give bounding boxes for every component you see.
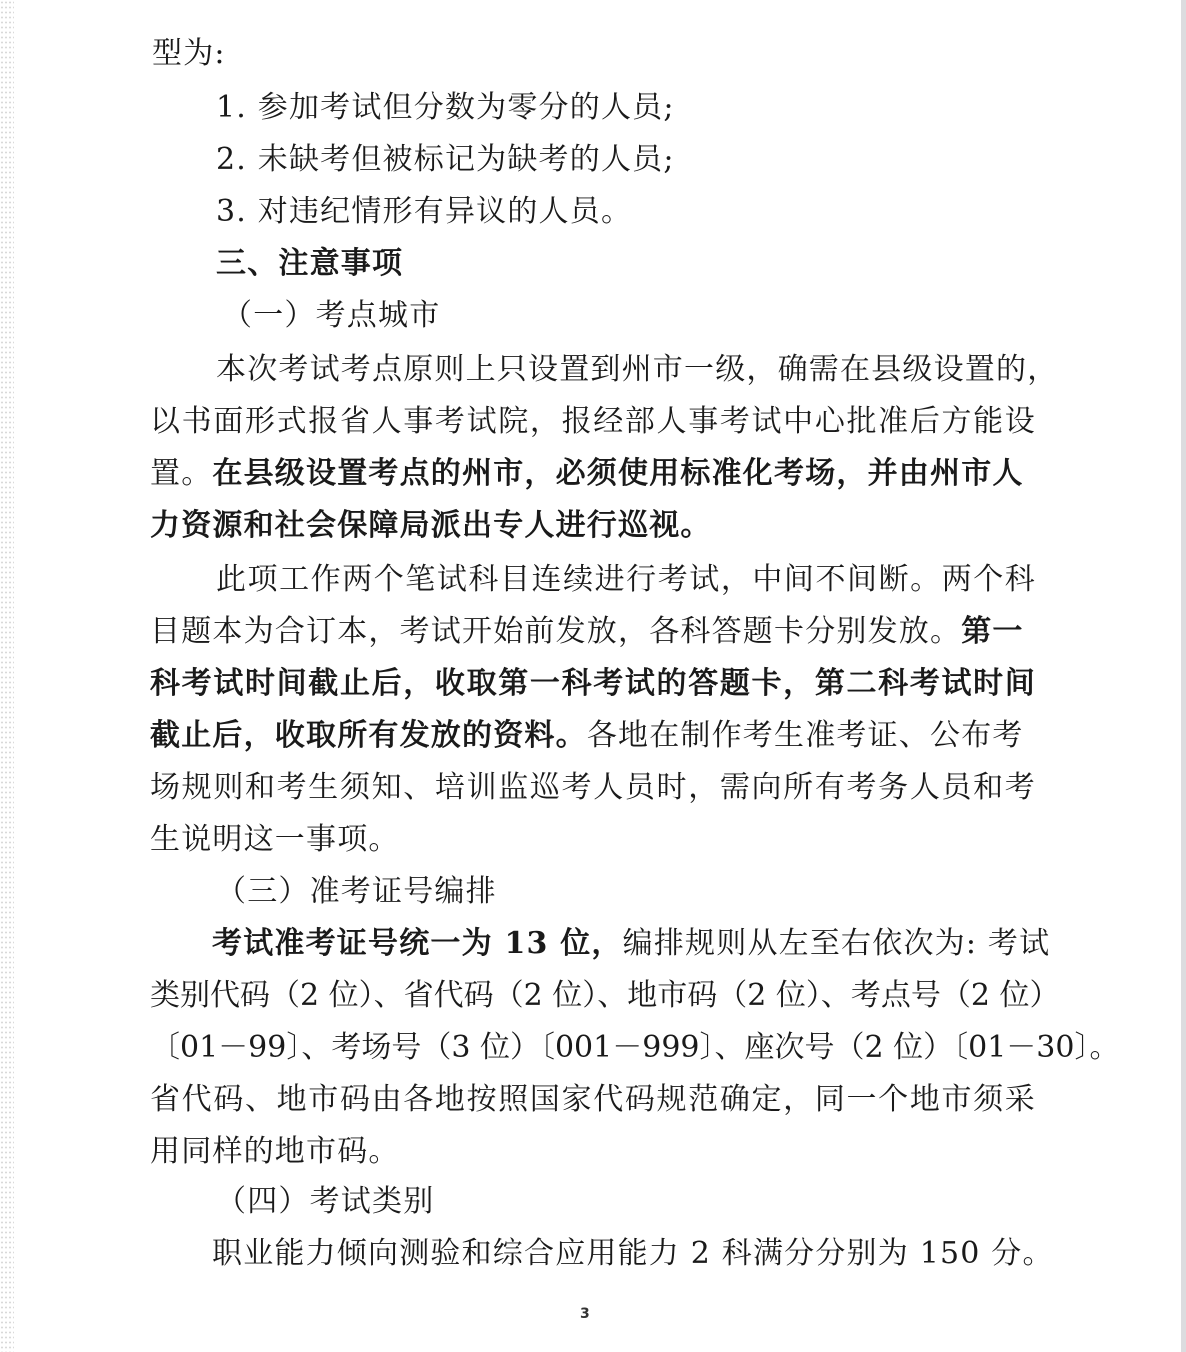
- emphasis-text: 在县级设置考点的州市，必须使用标准化考场，并由州市人: [212, 456, 1023, 491]
- paragraph-line: 用同样的地市码。: [150, 1132, 400, 1172]
- paragraph-line: 〔01－99〕、考场号（3 位）〔001－999〕、座次号（2 位）〔01－30…: [150, 1028, 1119, 1068]
- paragraph-text: 目题本为合订本，考试开始前发放，各科答题卡分别发放。: [150, 614, 961, 649]
- paragraph-line: 置。在县级设置考点的州市，必须使用标准化考场，并由州市人: [150, 454, 1024, 494]
- paragraph-line: 此项工作两个笔试科目连续进行考试，中间不间断。两个科: [216, 560, 1036, 600]
- list-item: 1. 参加考试但分数为零分的人员;: [216, 88, 675, 128]
- section-heading: 三、注意事项: [216, 244, 403, 284]
- paragraph-line: 目题本为合订本，考试开始前发放，各科答题卡分别发放。第一: [150, 612, 1024, 652]
- page-number: 3: [580, 1306, 590, 1322]
- list-item: 3. 对违纪情形有异议的人员。: [216, 192, 632, 232]
- emphasis-text: 科考试时间截止后，收取第一科考试的答题卡，第二科考试时间: [150, 664, 1036, 704]
- emphasis-text: 力资源和社会保障局派出专人进行巡视。: [150, 506, 712, 546]
- paragraph-line: 场规则和考生须知、培训监巡考人员时，需向所有考务人员和考: [150, 768, 1036, 808]
- emphasis-text: 第一: [961, 614, 1023, 649]
- paragraph-line: 省代码、地市码由各地按照国家代码规范确定，同一个地市须采: [150, 1080, 1036, 1120]
- list-item: 2. 未缺考但被标记为缺考的人员;: [216, 140, 675, 180]
- subsection-title: （一）考点城市: [222, 296, 440, 336]
- emphasis-text: 截止后，收取所有发放的资料。: [150, 718, 587, 753]
- paragraph-text: 各地在制作考生准考证、公布考: [587, 718, 1024, 753]
- scan-border: [0, 0, 14, 1352]
- emphasis-text: 考试准考证号统一为 13 位，: [212, 926, 623, 961]
- subsection-title: （四）考试类别: [216, 1182, 434, 1222]
- continuation-text: 型为:: [152, 34, 226, 74]
- paragraph-text: 编排规则从左至右依次为: 考试: [623, 926, 1051, 961]
- paragraph-line: 生说明这一事项。: [150, 820, 400, 860]
- paragraph-text: 置。: [150, 456, 212, 491]
- paragraph-line: 考试准考证号统一为 13 位，编排规则从左至右依次为: 考试: [212, 924, 1050, 964]
- paragraph-line: 类别代码（2 位）、省代码（2 位）、地市码（2 位）、考点号（2 位）: [150, 976, 1060, 1016]
- paragraph-line: 职业能力倾向测验和综合应用能力 2 科满分分别为 150 分。: [212, 1234, 1054, 1274]
- paragraph-line: 本次考试考点原则上只设置到州市一级，确需在县级设置的，: [216, 350, 1056, 390]
- paragraph-line: 截止后，收取所有发放的资料。各地在制作考生准考证、公布考: [150, 716, 1024, 756]
- subsection-title: （三）准考证号编排: [216, 872, 497, 912]
- page-edge: [1181, 0, 1186, 1352]
- paragraph-line: 以书面形式报省人事考试院，报经部人事考试中心批准后方能设: [150, 402, 1036, 442]
